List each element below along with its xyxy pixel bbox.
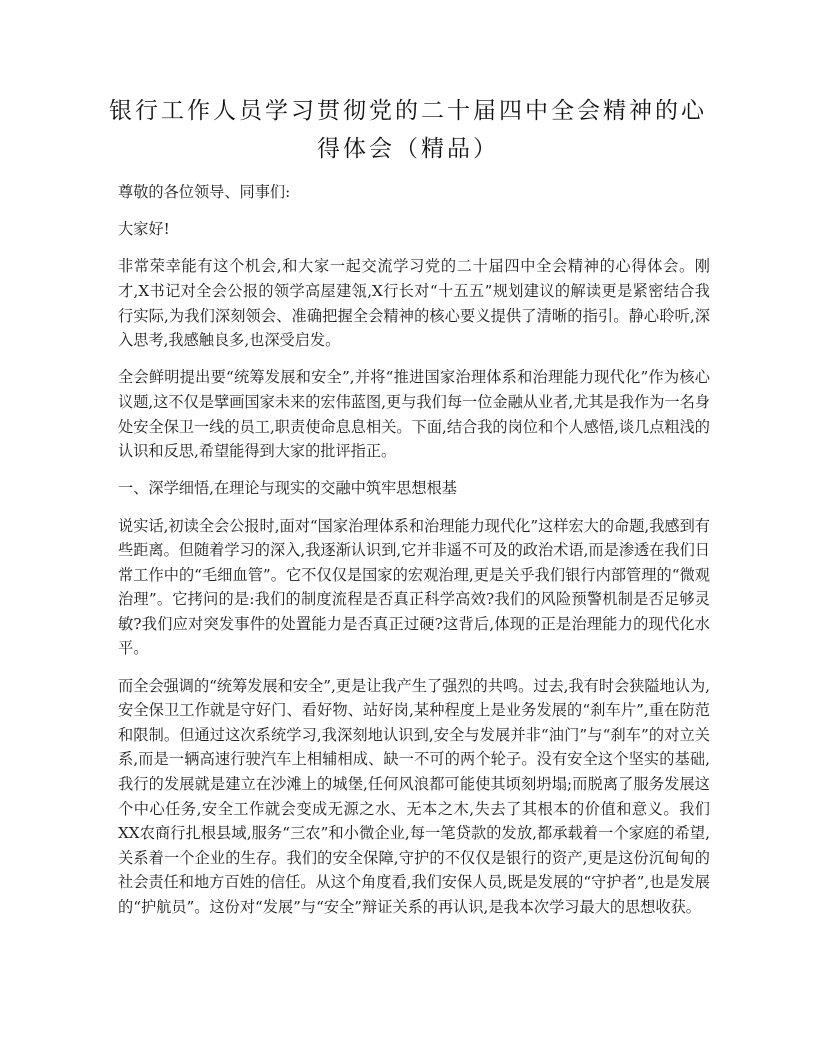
title-line-2: 得体会（精品） <box>100 130 716 168</box>
title-line-1: 银行工作人员学习贯彻党的二十届四中全会精神的心 <box>100 92 716 130</box>
paragraph-intro: 非常荣幸能有这个机会,和大家一起交流学习党的二十届四中全会精神的心得体会。刚才,… <box>118 254 710 352</box>
paragraph-theme: 全会鲜明提出要“统筹发展和安全”,并将“推进国家治理体系和治理能力现代化”作为核… <box>118 365 710 463</box>
document-page: 银行工作人员学习贯彻党的二十届四中全会精神的心 得体会（精品） 尊敬的各位领导、… <box>0 0 816 1056</box>
document-title: 银行工作人员学习贯彻党的二十届四中全会精神的心 得体会（精品） <box>100 92 716 168</box>
paragraph-development-security: 而全会强调的“统筹发展和安全”,更是让我产生了强烈的共鸣。过去,我有时会狭隘地认… <box>118 674 710 920</box>
section-heading-1: 一、深学细悟,在理论与现实的交融中筑牢思想根基 <box>118 476 710 501</box>
paragraph-governance: 说实话,初读全会公报时,面对“国家治理体系和治理能力现代化”这样宏大的命题,我感… <box>118 514 710 662</box>
greeting: 大家好! <box>118 217 710 242</box>
document-body: 尊敬的各位领导、同事们: 大家好! 非常荣幸能有这个机会,和大家一起交流学习党的… <box>118 180 710 932</box>
salutation: 尊敬的各位领导、同事们: <box>118 180 710 205</box>
